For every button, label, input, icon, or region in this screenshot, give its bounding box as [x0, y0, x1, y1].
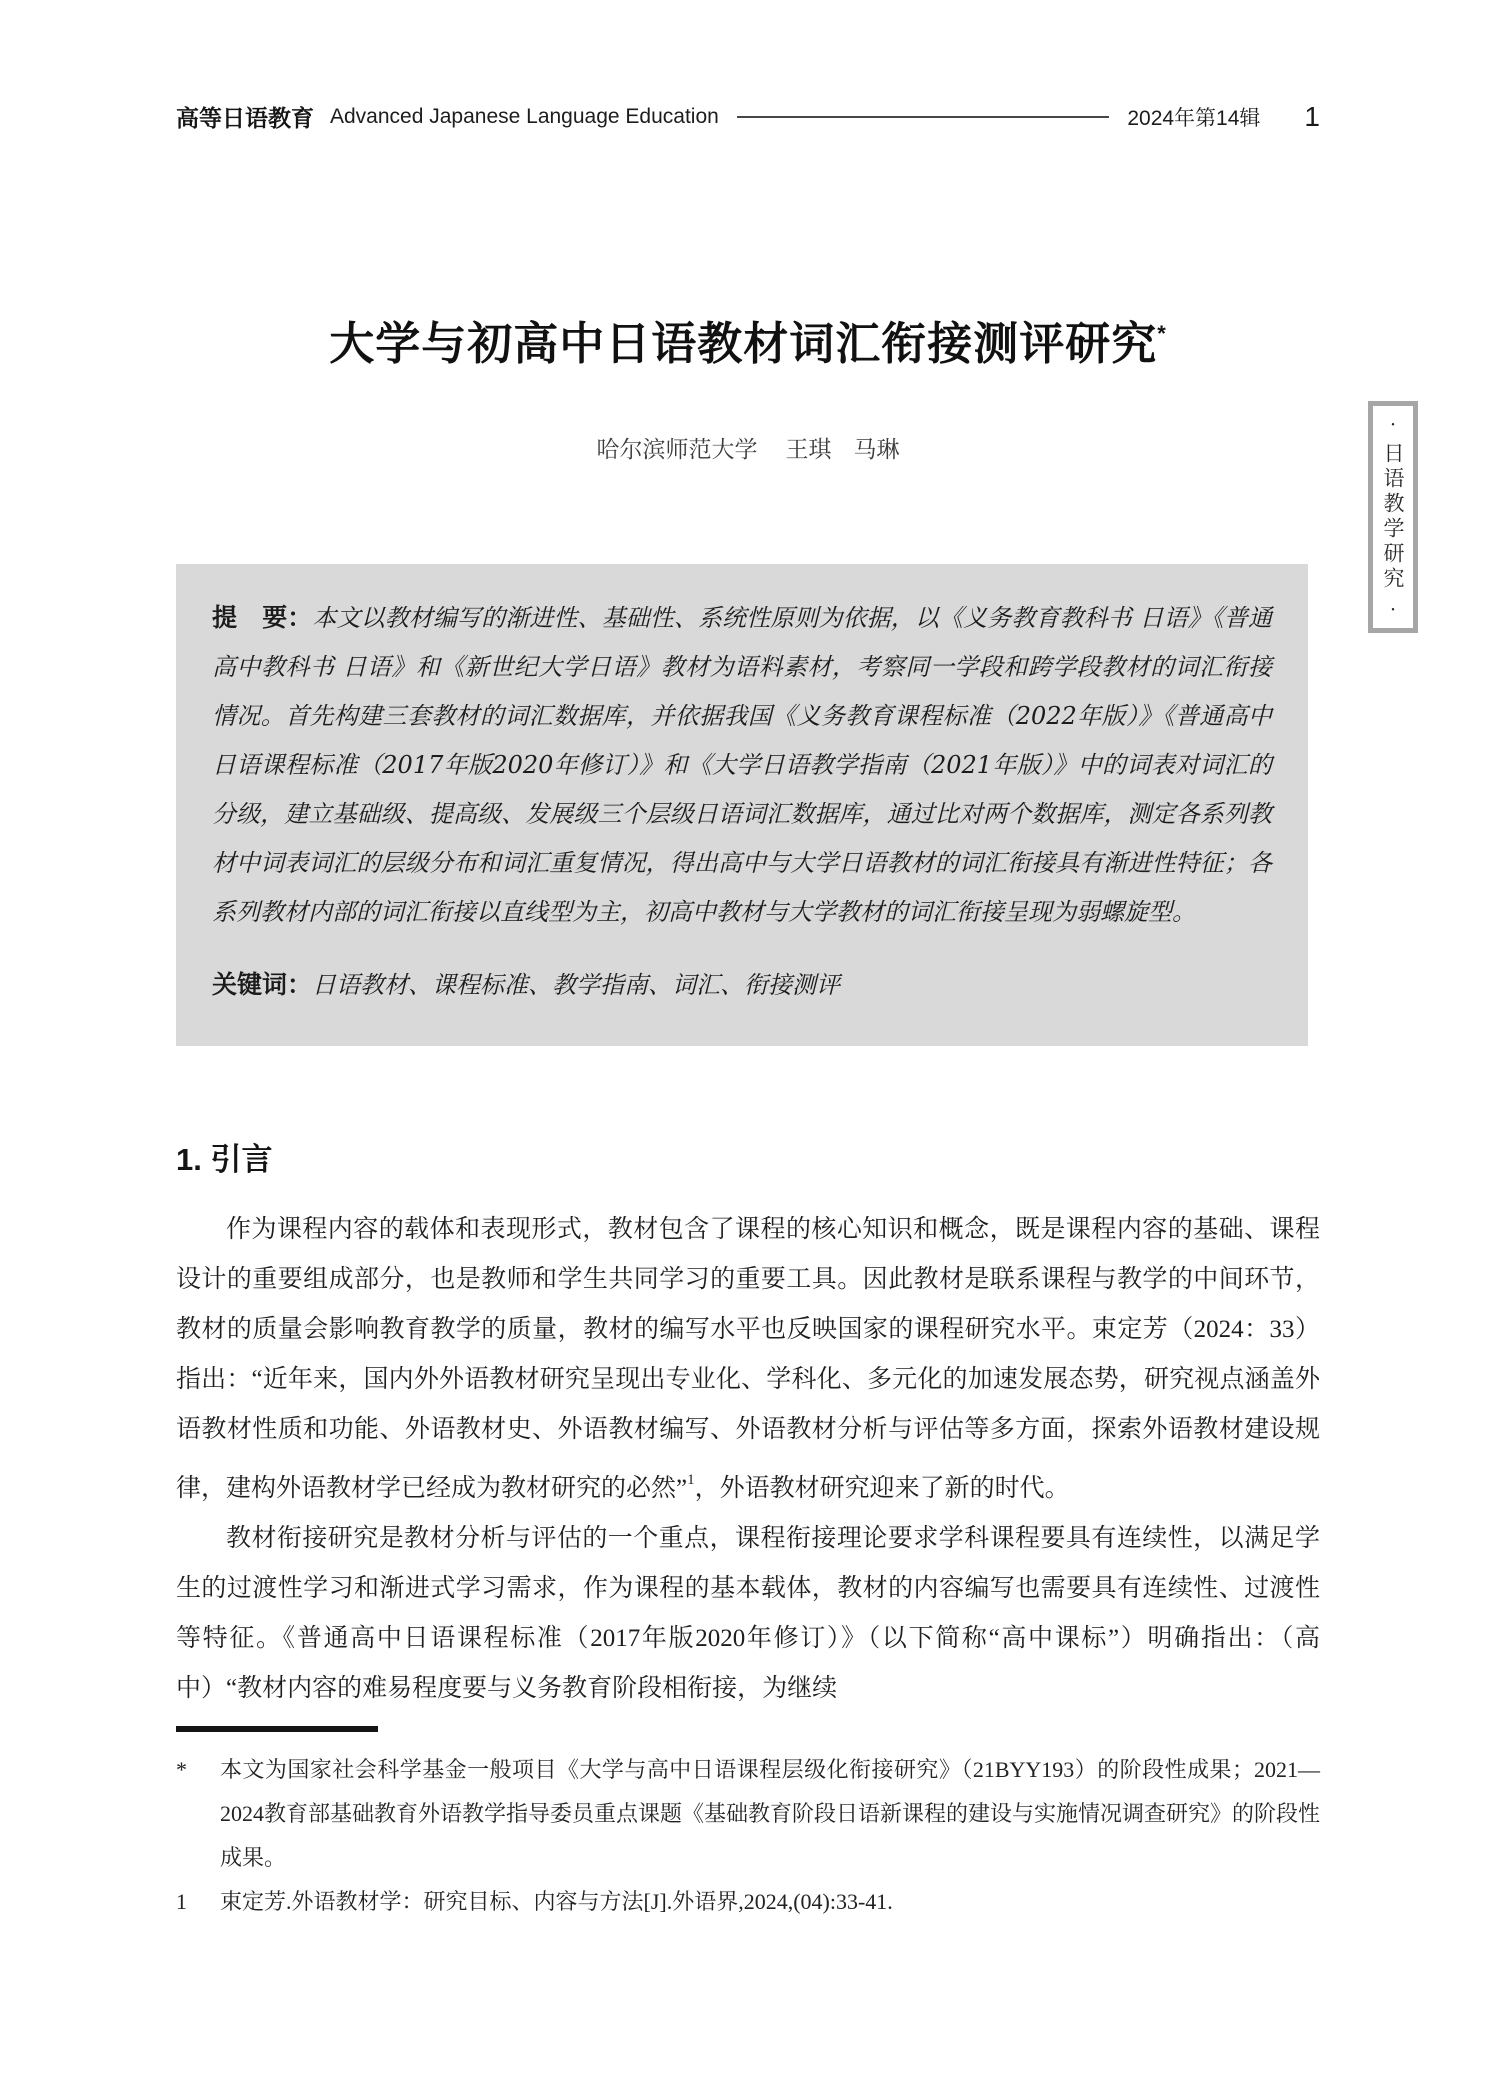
abstract-label: 提 要：	[212, 604, 312, 632]
footnote-star-marker: *	[176, 1748, 220, 1880]
page-number: 1	[1304, 101, 1320, 133]
footnote-area: * 本文为国家社会科学基金一般项目《大学与高中日语课程层级化衔接研究》（21BY…	[176, 1726, 1320, 1924]
header-rule	[737, 116, 1110, 118]
journal-name-cn: 高等日语教育	[176, 100, 314, 133]
keywords-text: 日语教材、课程标准、教学指南、词汇、衔接测评	[312, 971, 840, 999]
abstract-text: 本文以教材编写的渐进性、基础性、系统性原则为依据，以《义务教育教科书 日语》《普…	[212, 604, 1272, 926]
article-title: 大学与初高中日语教材词汇衔接测评研究*	[200, 305, 1296, 373]
author-line: 哈尔滨师范大学王琪马琳	[176, 431, 1320, 464]
body-paragraph-2: 教材衔接研究是教材分析与评估的一个重点，课程衔接理论要求学科课程要具有连续性，以…	[176, 1514, 1320, 1714]
footnote-1: 1 束定芳.外语教材学：研究目标、内容与方法[J].外语界,2024,(04):…	[176, 1880, 1320, 1924]
title-footnote-marker: *	[1157, 321, 1167, 346]
paragraph-1-text: 作为课程内容的载体和表现形式，教材包含了课程的核心知识和概念，既是课程内容的基础…	[176, 1216, 1320, 1502]
keywords-line: 关键词：日语教材、课程标准、教学指南、词汇、衔接测评	[212, 961, 1272, 1010]
footnote-star: * 本文为国家社会科学基金一般项目《大学与高中日语课程层级化衔接研究》（21BY…	[176, 1748, 1320, 1880]
keywords-label: 关键词：	[212, 971, 312, 999]
body-paragraph-1: 作为课程内容的载体和表现形式，教材包含了课程的核心知识和概念，既是课程内容的基础…	[176, 1205, 1320, 1514]
author-2: 马琳	[854, 436, 900, 462]
journal-name-en: Advanced Japanese Language Education	[330, 105, 719, 129]
footnote-divider	[176, 1726, 378, 1732]
column-category-tab: ・ 日语教学研究 ・	[1368, 401, 1418, 633]
author-1: 王琪	[786, 436, 832, 462]
footnote-1-text: 束定芳.外语教材学：研究目标、内容与方法[J].外语界,2024,(04):33…	[220, 1880, 1320, 1924]
tab-label: 日语教学研究	[1378, 442, 1408, 592]
paper-page: 高等日语教育 Advanced Japanese Language Educat…	[0, 0, 1496, 2088]
paragraph-1-tail: ，外语教材研究迎来了新的时代。	[695, 1475, 1070, 1502]
section-heading: 1. 引言	[176, 1134, 1320, 1179]
article-title-text: 大学与初高中日语教材词汇衔接测评研究	[329, 318, 1157, 369]
tab-bottom-bullet: ・	[1386, 603, 1399, 616]
issue-label: 2024年第14辑	[1127, 102, 1260, 132]
tab-top-bullet: ・	[1386, 418, 1399, 431]
footnote-1-reference: 1	[687, 1472, 695, 1488]
abstract-box: 提 要：本文以教材编写的渐进性、基础性、系统性原则为依据，以《义务教育教科书 日…	[176, 564, 1308, 1046]
abstract-paragraph: 提 要：本文以教材编写的渐进性、基础性、系统性原则为依据，以《义务教育教科书 日…	[212, 594, 1272, 937]
affiliation: 哈尔滨师范大学	[597, 436, 758, 462]
footnote-star-text: 本文为国家社会科学基金一般项目《大学与高中日语课程层级化衔接研究》（21BYY1…	[220, 1748, 1320, 1880]
running-head: 高等日语教育 Advanced Japanese Language Educat…	[176, 100, 1320, 133]
footnote-1-marker: 1	[176, 1880, 220, 1924]
